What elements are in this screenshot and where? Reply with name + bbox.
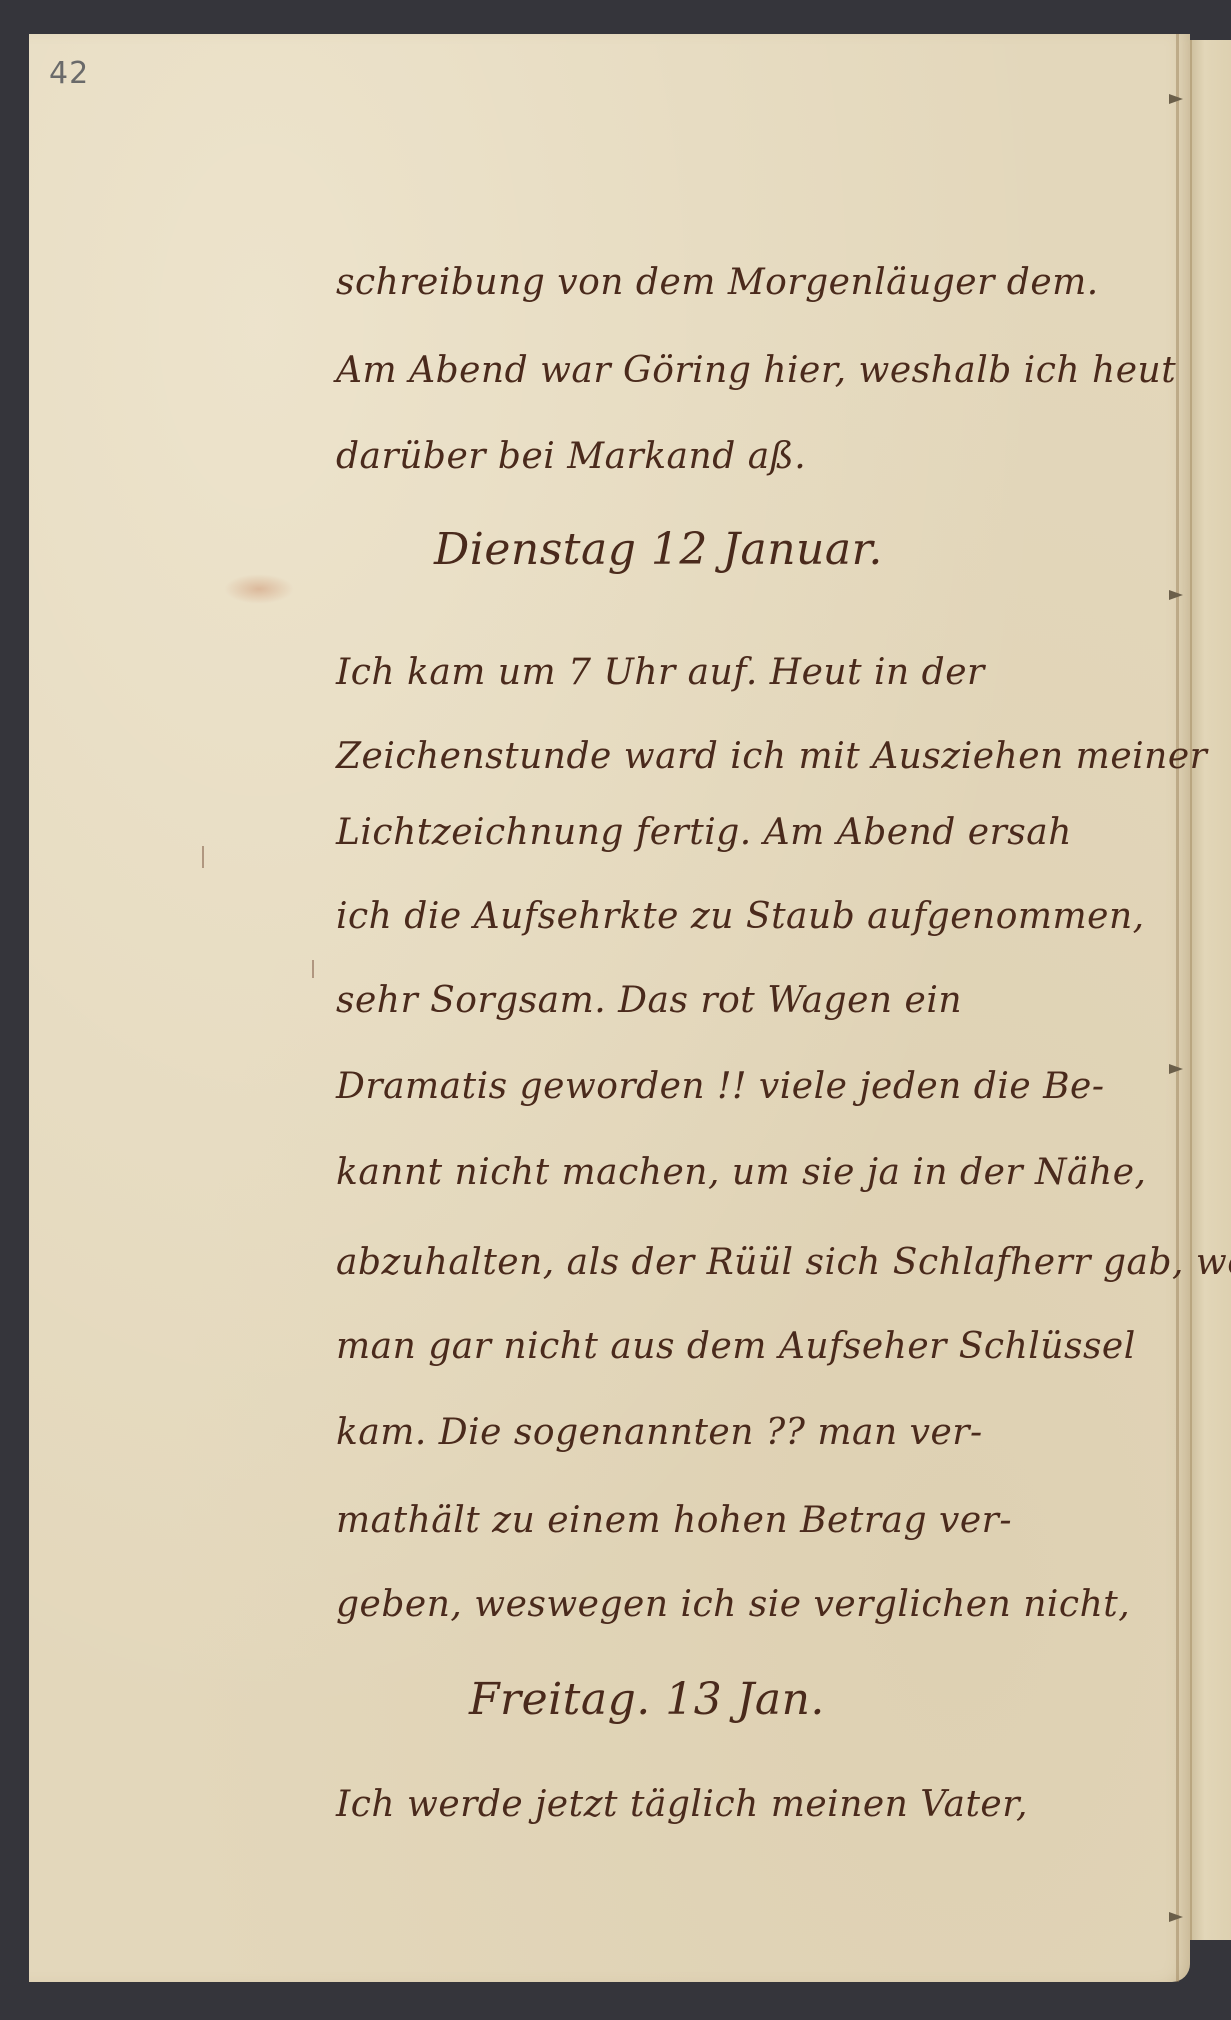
manuscript-line: Lichtzeichnung fertig. Am Abend ersah: [336, 812, 1072, 853]
manuscript-line: Dramatis geworden !! viele jeden die Be-: [336, 1066, 1105, 1107]
entry-date-heading: Freitag. 13 Jan.: [469, 1674, 825, 1725]
paper-stain: [224, 574, 294, 604]
manuscript-line: schreibung von dem Morgenläuger dem.: [336, 262, 1099, 303]
manuscript-line: Zeichenstunde ward ich mit Ausziehen mei…: [336, 736, 1207, 777]
manuscript-line: Am Abend war Göring hier, weshalb ich he…: [336, 350, 1176, 391]
entry-date-heading: Dienstag 12 Januar.: [434, 524, 883, 575]
margin-mark: [202, 846, 204, 868]
page-fold-line: [1176, 34, 1179, 1982]
manuscript-line: ich die Aufsehrkte zu Staub aufgenommen,: [336, 896, 1145, 937]
manuscript-line: sehr Sorgsam. Das rot Wagen ein: [336, 980, 962, 1021]
manuscript-line: abzuhalten, als der Rüül sich Schlafherr…: [336, 1242, 1231, 1283]
margin-mark: [312, 960, 314, 978]
manuscript-line: Ich werde jetzt täglich meinen Vater,: [336, 1784, 1028, 1825]
manuscript-scan: 42 schreibung von dem Morgenläuger dem. …: [0, 0, 1231, 2020]
manuscript-line: darüber bei Markand aß.: [336, 436, 806, 477]
folio-number: 42: [49, 56, 89, 91]
manuscript-line: kam. Die sogenannten ?? man ver-: [336, 1412, 983, 1453]
manuscript-line: geben, weswegen ich sie verglichen nicht…: [336, 1584, 1130, 1625]
manuscript-line: Ich kam um 7 Uhr auf. Heut in der: [336, 652, 985, 693]
manuscript-line: kannt nicht machen, um sie ja in der Näh…: [336, 1152, 1146, 1193]
facing-page-edge: [1190, 40, 1231, 1940]
manuscript-page: 42 schreibung von dem Morgenläuger dem. …: [29, 34, 1190, 1982]
manuscript-line: mathält zu einem hohen Betrag ver-: [336, 1500, 1012, 1541]
manuscript-line: man gar nicht aus dem Aufseher Schlüssel: [336, 1326, 1136, 1367]
